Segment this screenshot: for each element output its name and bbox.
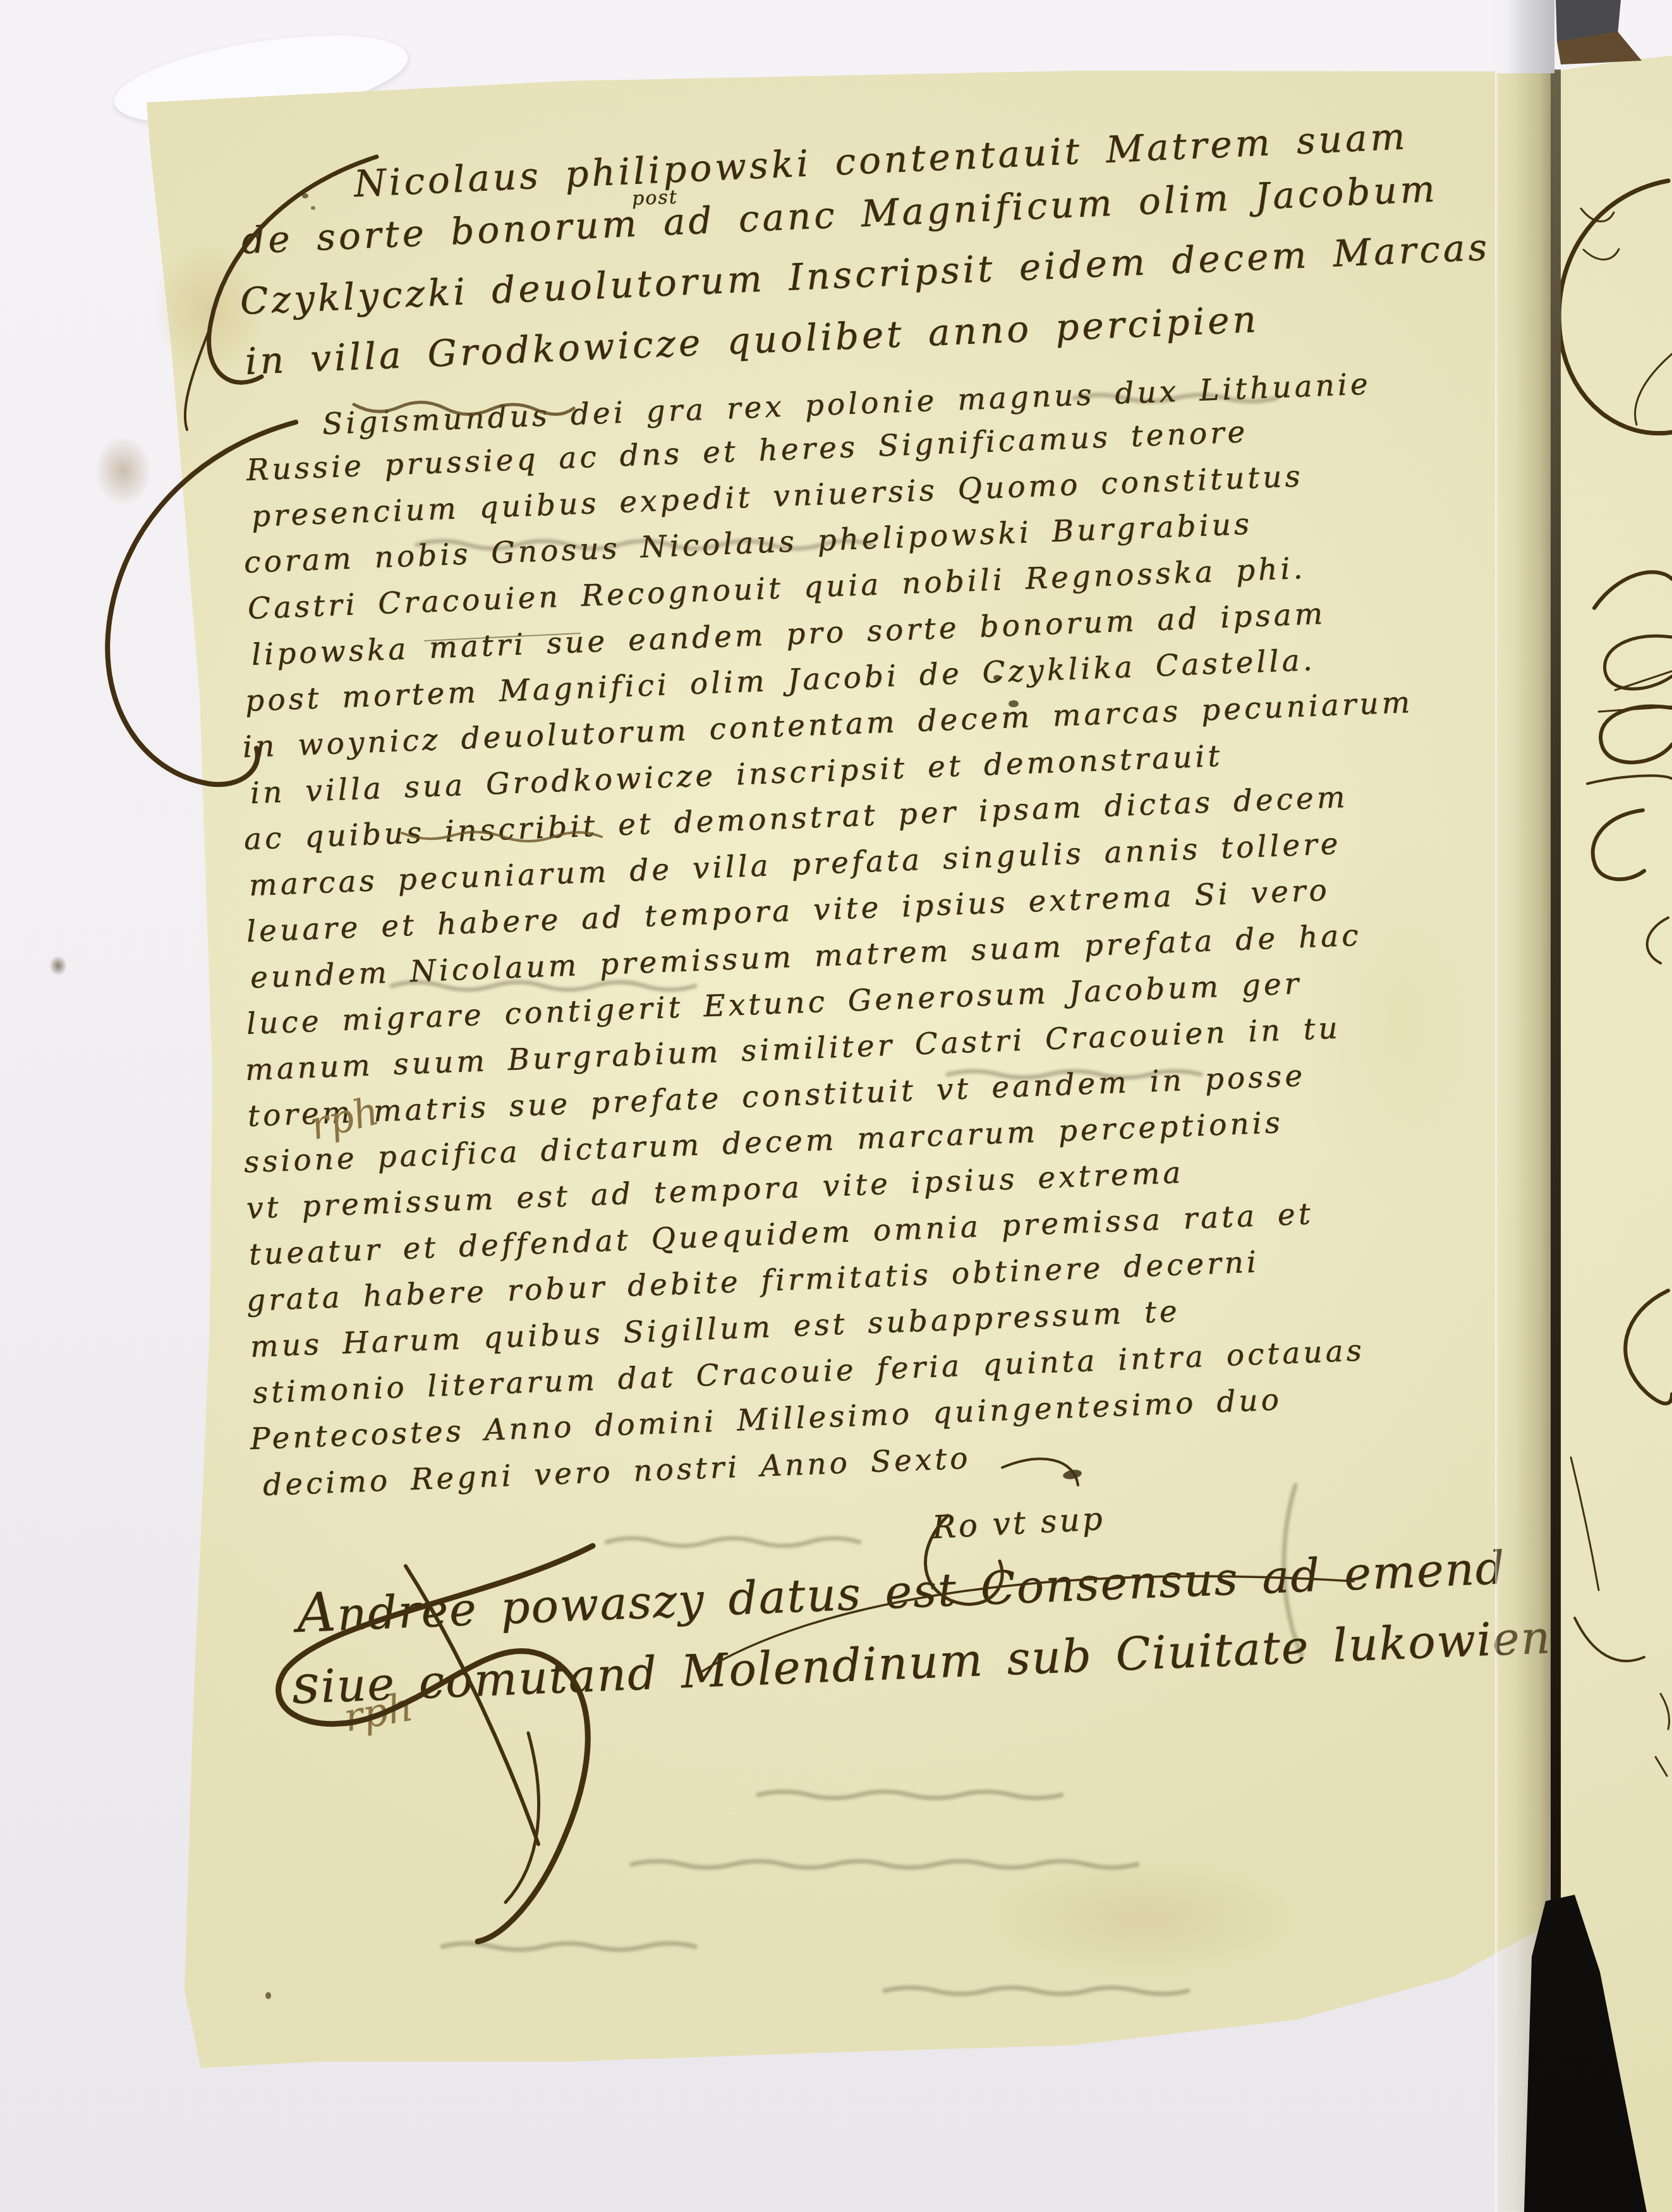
interlinear-insertion: post [631, 188, 678, 209]
glass-weight-strip [1495, 0, 1554, 2212]
glass-weight-strip-reflection [1495, 0, 1554, 73]
manuscript-photo: { "document": { "language": "Latin", "in… [0, 0, 1672, 2212]
gutter-shadow [1551, 70, 1561, 1928]
margin-mark: rph [341, 1687, 416, 1737]
relation-note: Ro vt sup [931, 1503, 1106, 1543]
stain [49, 956, 67, 976]
stain [95, 436, 152, 506]
